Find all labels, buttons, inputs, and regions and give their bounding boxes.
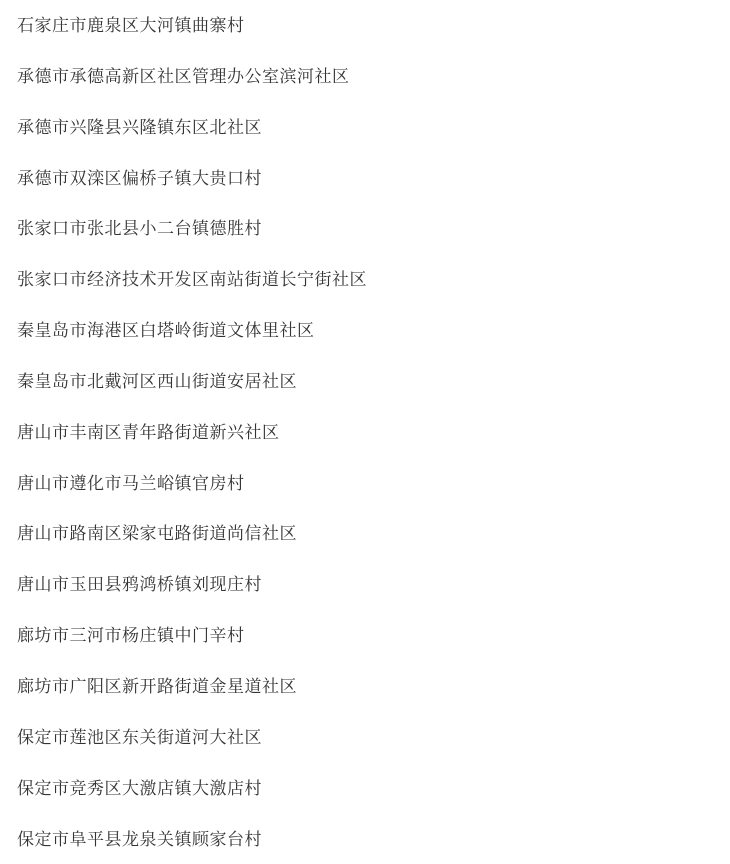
location-item: 唐山市路南区梁家屯路街道尚信社区 <box>17 509 730 560</box>
location-item: 秦皇岛市海港区白塔岭街道文体里社区 <box>17 306 730 357</box>
location-item: 唐山市丰南区青年路街道新兴社区 <box>17 408 730 459</box>
location-item: 承德市承德高新区社区管理办公室滨河社区 <box>17 52 730 103</box>
location-item: 廊坊市广阳区新开路街道金星道社区 <box>17 662 730 713</box>
location-item: 保定市竞秀区大激店镇大激店村 <box>17 764 730 815</box>
location-item: 石家庄市鹿泉区大河镇曲寨村 <box>17 1 730 52</box>
location-item: 张家口市张北县小二台镇德胜村 <box>17 204 730 255</box>
location-list: 石家庄市鹿泉区大河镇曲寨村 承德市承德高新区社区管理办公室滨河社区 承德市兴隆县… <box>0 0 730 864</box>
location-item: 承德市双滦区偏桥子镇大贵口村 <box>17 154 730 205</box>
location-item: 唐山市玉田县鸦鸿桥镇刘现庄村 <box>17 560 730 611</box>
location-item: 唐山市遵化市马兰峪镇官房村 <box>17 459 730 510</box>
location-item: 廊坊市三河市杨庄镇中门辛村 <box>17 611 730 662</box>
location-item: 承德市兴隆县兴隆镇东区北社区 <box>17 103 730 154</box>
location-item: 张家口市经济技术开发区南站街道长宁街社区 <box>17 255 730 306</box>
location-item: 保定市莲池区东关街道河大社区 <box>17 713 730 764</box>
location-item: 秦皇岛市北戴河区西山街道安居社区 <box>17 357 730 408</box>
location-item: 保定市阜平县龙泉关镇顾家台村 <box>17 815 730 864</box>
